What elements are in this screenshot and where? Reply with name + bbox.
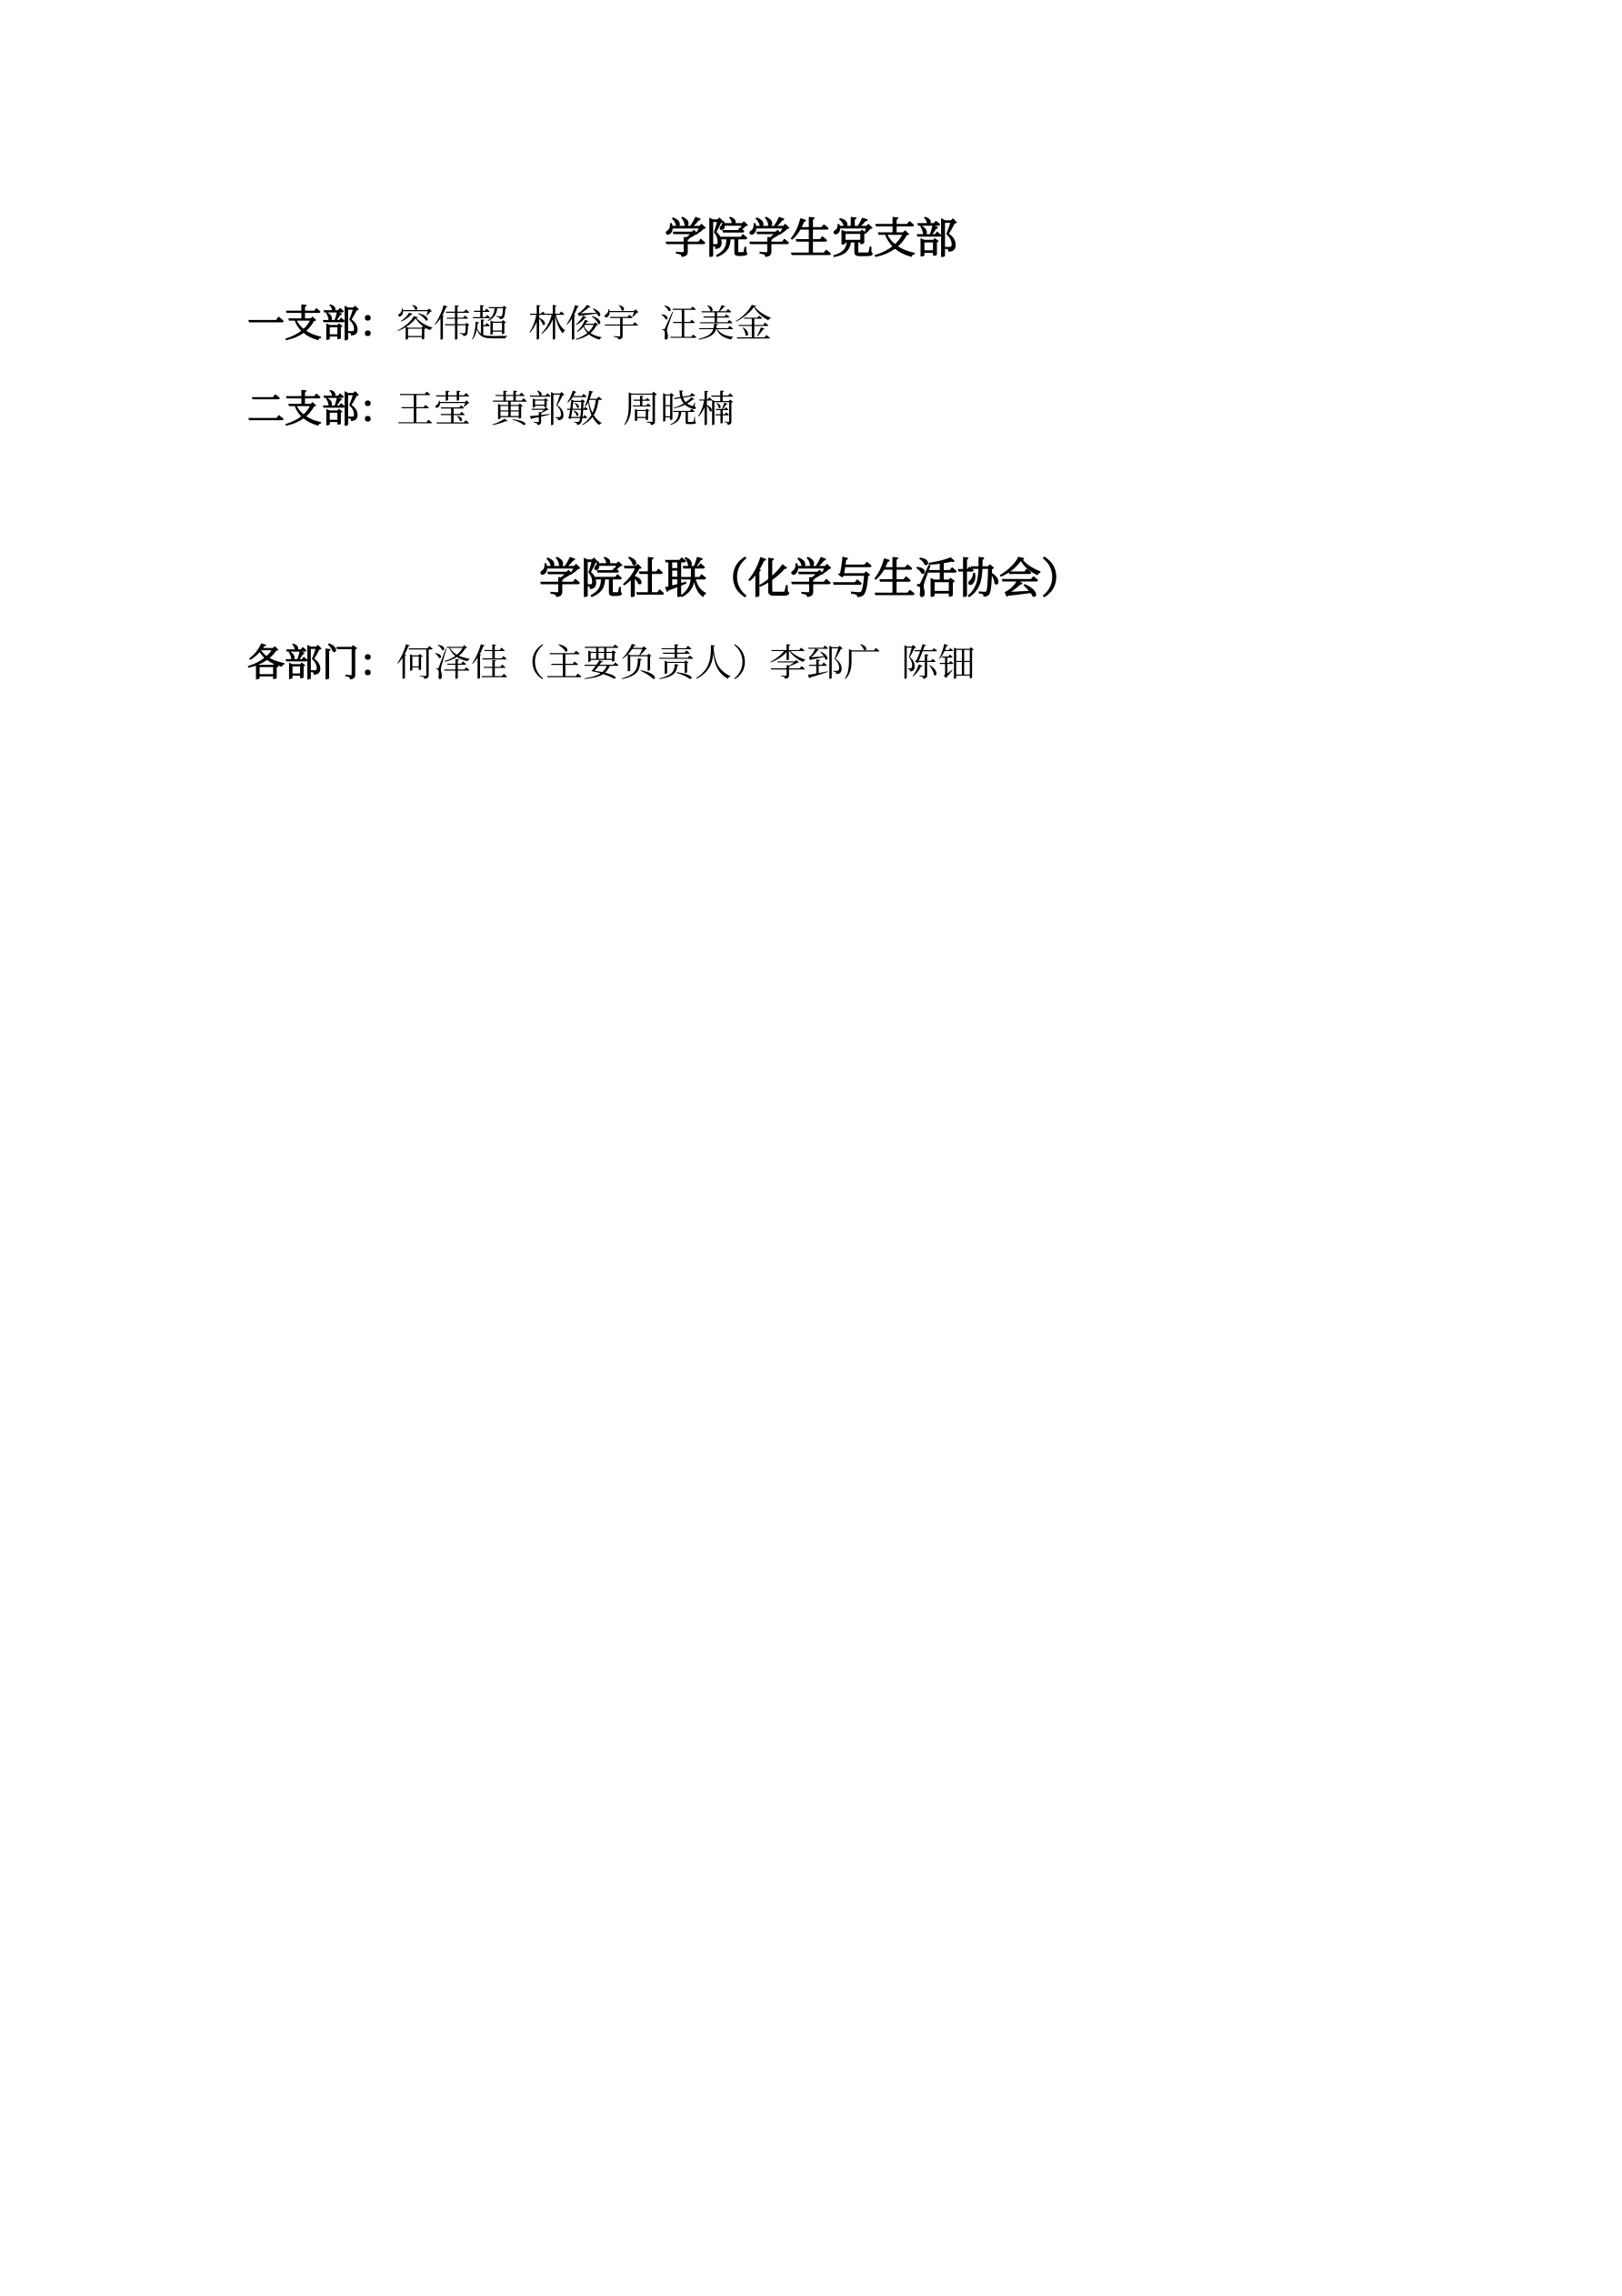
member-name: 王莹 [396,387,471,431]
member-name: 林俊宇 [528,302,640,346]
member-names: 何泽佳（主要负责人）李郅广陈钿 [396,641,976,685]
member-name: 黄郭敏 [491,387,603,431]
row-label: 二支部： [247,387,396,431]
member-name: 汪美金 [660,302,772,346]
department-row: 各部门：何泽佳（主要负责人）李郅广陈钿 [247,640,976,686]
member-name: 容伟超 [396,302,508,346]
branch-row-first: 一支部：容伟超林俊宇汪美金 [247,301,772,346]
member-name: 周晓楠 [623,387,735,431]
document-page: 学院学生党支部 一支部：容伟超林俊宇汪美金 二支部：王莹黄郭敏周晓楠 学院社联（… [0,0,1622,2296]
member-names: 王莹黄郭敏周晓楠 [396,387,735,431]
member-name: 陈钿 [901,641,976,685]
section-heading-party-branch: 学院学生党支部 [0,213,1622,264]
member-name: 何泽佳（主要负责人）李郅广 [396,641,881,685]
row-label: 一支部： [247,302,396,346]
branch-row-second: 二支部：王莹黄郭敏周晓楠 [247,386,735,432]
section-heading-student-union: 学院社联（化学与生活协会） [0,553,1622,604]
row-label: 各部门： [247,641,396,685]
member-names: 容伟超林俊宇汪美金 [396,302,772,346]
